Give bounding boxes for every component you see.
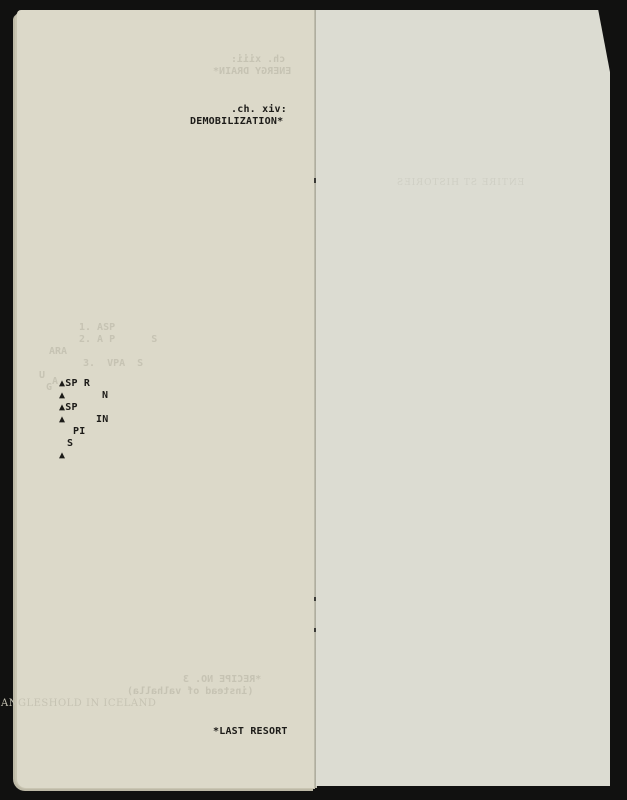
show-through-text: (instead of valhalla) bbox=[127, 686, 253, 698]
show-through-text: 3. VPA S bbox=[83, 358, 143, 370]
poem-line: ▲ bbox=[59, 414, 65, 426]
show-through-text: *RECIPE NO. 3 bbox=[183, 674, 261, 686]
poem-line: ▲ bbox=[59, 450, 65, 462]
chapter-number: .ch. xiv: bbox=[231, 104, 287, 116]
poem-line: ▲SP bbox=[59, 402, 78, 414]
show-through-text: 1. ASP bbox=[79, 322, 115, 334]
show-through-text: ENERGY DRAIN* bbox=[213, 66, 291, 78]
poem-line: PI bbox=[73, 426, 85, 438]
poem-line: S bbox=[67, 438, 73, 450]
poem-line: IN bbox=[96, 414, 108, 426]
chapter-title: DEMOBILIZATION* bbox=[190, 116, 283, 128]
footnote: *LAST RESORT bbox=[213, 726, 288, 738]
show-through-text: U bbox=[39, 370, 45, 382]
show-through-text: ARA bbox=[49, 346, 67, 358]
poem-line: ▲SP R bbox=[59, 378, 90, 390]
poem-line: N bbox=[102, 390, 108, 402]
show-through-text: G bbox=[46, 382, 52, 394]
show-through-text: ANGLESHOLD IN ICELAND bbox=[1, 698, 156, 710]
show-through-text: A bbox=[52, 376, 58, 388]
right-page: ENTIRE ST HISTORIES bbox=[316, 10, 610, 786]
show-through-text: 2. A P S bbox=[79, 334, 157, 346]
left-page: ch. xiii: ENERGY DRAIN* 1. ASP 2. A P S … bbox=[17, 10, 315, 788]
show-through-text: ch. xiii: bbox=[231, 54, 285, 66]
scanned-book-spread: ch. xiii: ENERGY DRAIN* 1. ASP 2. A P S … bbox=[0, 0, 627, 800]
poem-line: ▲ bbox=[59, 390, 65, 402]
show-through-text: ENTIRE ST HISTORIES bbox=[396, 178, 524, 188]
